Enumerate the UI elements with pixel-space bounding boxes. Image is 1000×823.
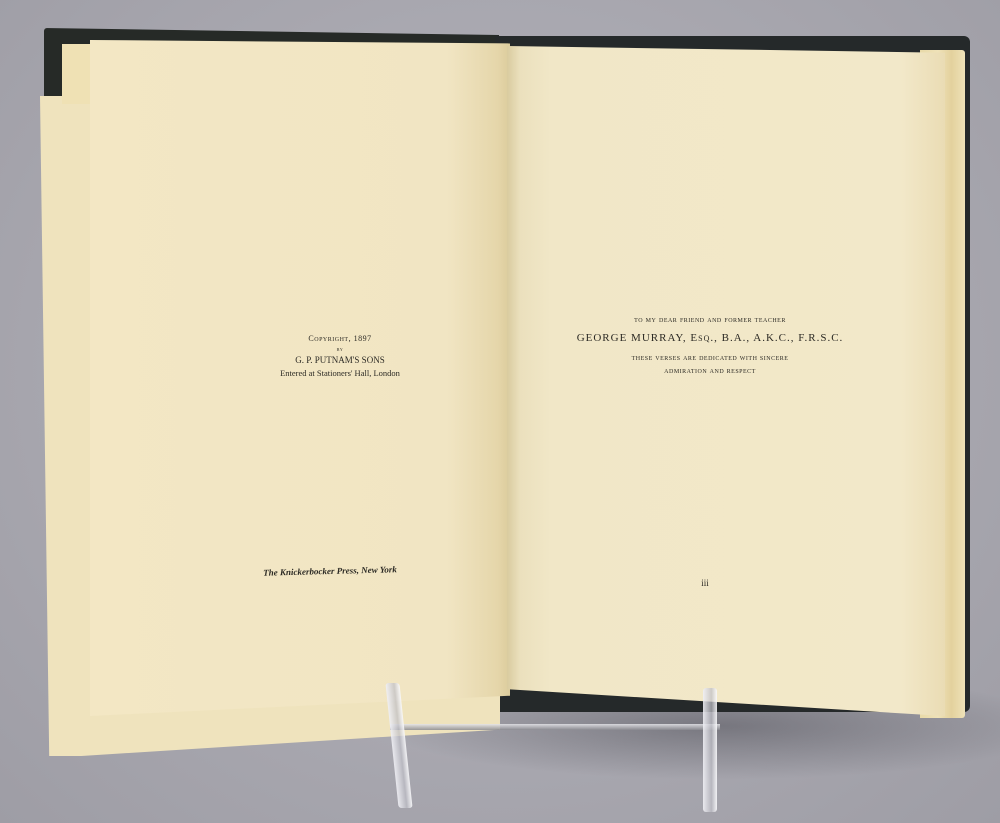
copyright-line: Copyright, 1897	[250, 334, 430, 343]
stand-leg-right	[703, 688, 717, 812]
dedication-line-4: admiration and respect	[560, 366, 860, 375]
dedication-name: GEORGE MURRAY, Esq., B.A., A.K.C., F.R.S…	[560, 332, 860, 344]
dedication-line-1: to my dear friend and former teacher	[560, 314, 860, 324]
by-line: by	[250, 347, 430, 353]
dedication-line-3: these verses are dedicated with sincere	[560, 353, 860, 362]
stand-crossbar	[390, 724, 720, 730]
left-page	[90, 40, 510, 716]
publisher-name: G. P. PUTNAM'S SONS	[250, 355, 430, 365]
right-page	[507, 46, 945, 716]
page-number: iii	[690, 578, 720, 588]
entered-line: Entered at Stationers' Hall, London	[250, 368, 430, 378]
